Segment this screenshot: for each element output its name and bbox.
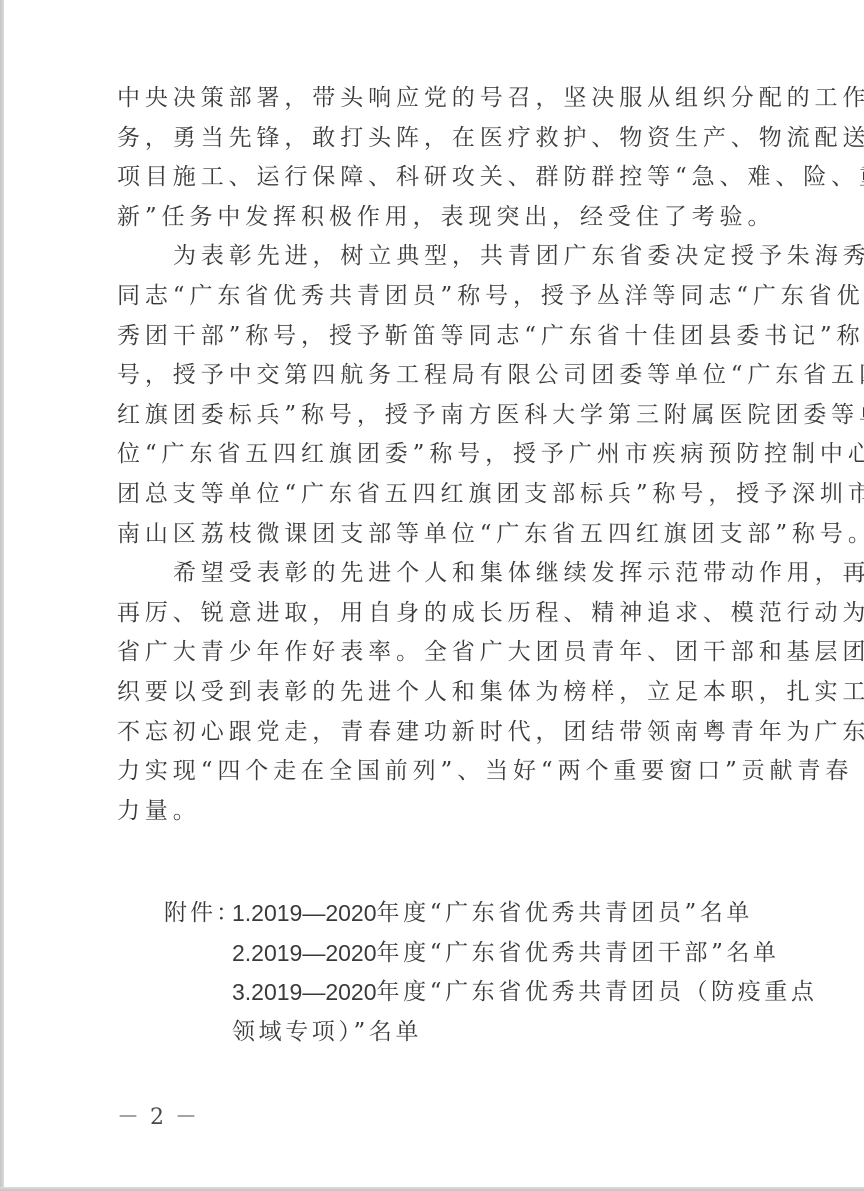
attachment-title: 年度“广东省优秀共青团员（防疫重点 [377, 973, 818, 1013]
attachment-item-3: 3.2019—2020 年度“广东省优秀共青团员（防疫重点 [164, 973, 784, 1013]
text-line: 务，勇当先锋，敢打头阵，在医疗救护、物资生产、物流配送、 [117, 119, 767, 159]
attachment-item-3-continuation: 领域专项）”名单 [164, 1013, 784, 1053]
paragraph-2: 为表彰先进，树立典型，共青团广东省委决定授予朱海秀等 同志“广东省优秀共青团员”… [117, 237, 767, 554]
attachments-list: 附件： 1.2019—2020 年度“广东省优秀共青团员”名单 2.2019—2… [164, 894, 784, 1052]
text-line: 中央决策部署，带头响应党的号召，坚决服从组织分配的工作任 [117, 79, 767, 119]
text-line: 织要以受到表彰的先进个人和集体为榜样，立足本职，扎实工作， [117, 673, 767, 713]
page-bottom-edge [0, 1187, 864, 1191]
attachment-number: 2.2019—2020 [232, 934, 377, 974]
text-line: 省广大青少年作好表率。全省广大团员青年、团干部和基层团组 [117, 633, 767, 673]
text-line: 新”任务中发挥积极作用，表现突出，经受住了考验。 [117, 198, 767, 238]
attachment-item-2: 2.2019—2020 年度“广东省优秀共青团干部”名单 [164, 934, 784, 974]
text-line: 红旗团委标兵”称号，授予南方医科大学第三附属医院团委等单 [117, 396, 767, 436]
text-line: 位“广东省五四红旗团委”称号，授予广州市疾病预防控制中心 [117, 435, 767, 475]
text-line: 力量。 [117, 792, 767, 832]
paragraph-1: 中央决策部署，带头响应党的号召，坚决服从组织分配的工作任 务，勇当先锋，敢打头阵… [117, 79, 767, 237]
text-line: 希望受表彰的先进个人和集体继续发挥示范带动作用，再接 [117, 554, 767, 594]
document-page: 中央决策部署，带头响应党的号召，坚决服从组织分配的工作任 务，勇当先锋，敢打头阵… [4, 0, 864, 1187]
attachment-title-continuation: 领域专项）”名单 [232, 1013, 422, 1053]
text-line: 为表彰先进，树立典型，共青团广东省委决定授予朱海秀等 [117, 237, 767, 277]
attachment-item-1: 附件： 1.2019—2020 年度“广东省优秀共青团员”名单 [164, 894, 784, 934]
indent-spacer [164, 973, 232, 1013]
attachment-title: 年度“广东省优秀共青团员”名单 [377, 894, 754, 934]
indent-spacer [164, 934, 232, 974]
text-line: 项目施工、运行保障、科研攻关、群防群控等“急、难、险、重、 [117, 158, 767, 198]
page-number: － 2 － [117, 1100, 199, 1131]
text-line: 号，授予中交第四航务工程局有限公司团委等单位“广东省五四 [117, 356, 767, 396]
text-line: 南山区荔枝微课团支部等单位“广东省五四红旗团支部”称号。 [117, 515, 767, 555]
attachment-number: 3.2019—2020 [232, 973, 377, 1013]
attachment-number: 1.2019—2020 [232, 894, 377, 934]
text-line: 同志“广东省优秀共青团员”称号，授予丛洋等同志“广东省优 [117, 277, 767, 317]
attachment-title: 年度“广东省优秀共青团干部”名单 [377, 934, 780, 974]
document-body: 中央决策部署，带头响应党的号召，坚决服从组织分配的工作任 务，勇当先锋，敢打头阵… [117, 79, 767, 831]
text-line: 再厉、锐意进取，用自身的成长历程、精神追求、模范行动为我 [117, 594, 767, 634]
text-line: 不忘初心跟党走，青春建功新时代，团结带领南粤青年为广东奋 [117, 713, 767, 753]
paragraph-3: 希望受表彰的先进个人和集体继续发挥示范带动作用，再接 再厉、锐意进取，用自身的成… [117, 554, 767, 831]
text-line: 秀团干部”称号，授予靳笛等同志“广东省十佳团县委书记”称 [117, 317, 767, 357]
text-line: 团总支等单位“广东省五四红旗团支部标兵”称号，授予深圳市 [117, 475, 767, 515]
indent-spacer [164, 1013, 232, 1053]
attachments-label: 附件： [164, 894, 232, 934]
text-line: 力实现“四个走在全国前列”、当好“两个重要窗口”贡献青春 [117, 752, 767, 792]
